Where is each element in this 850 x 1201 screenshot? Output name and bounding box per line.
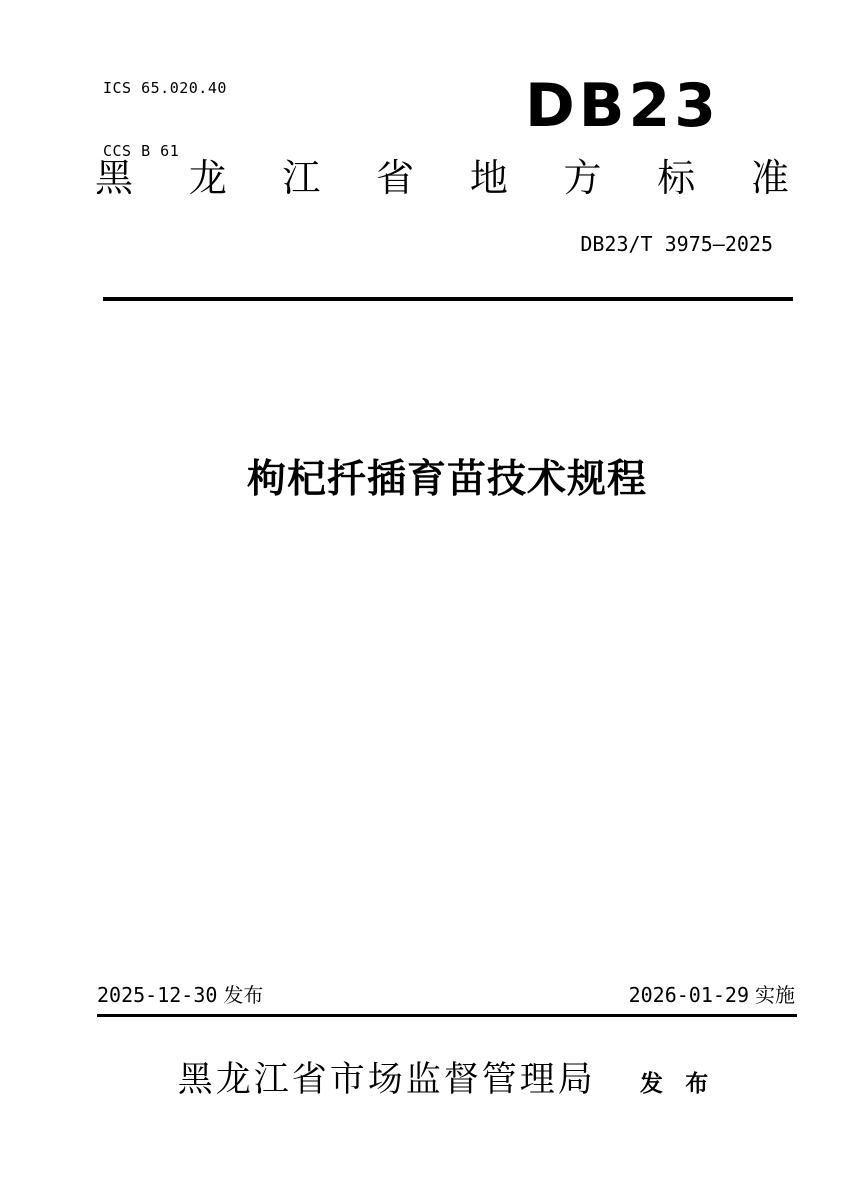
dates-row: 2025-12-30发布 2026-01-29实施 bbox=[97, 982, 795, 1009]
masthead-rule bbox=[103, 297, 793, 301]
implement-date: 2026-01-29 bbox=[629, 983, 749, 1007]
document-title: 枸杞扦插育苗技术规程 bbox=[97, 456, 797, 504]
standard-type-heading: 黑龙江省地方标准 bbox=[95, 156, 789, 202]
issue-date-label: 发布 bbox=[223, 985, 263, 1007]
db23-logo: DB23 bbox=[525, 76, 720, 136]
issue-date-cell: 2025-12-30发布 bbox=[97, 982, 263, 1009]
implement-date-cell: 2026-01-29实施 bbox=[629, 982, 795, 1009]
publish-label: 发 布 bbox=[640, 1068, 716, 1098]
publisher-row: 黑龙江省市场监督管理局 发 布 bbox=[97, 1058, 797, 1102]
implement-date-label: 实施 bbox=[755, 985, 795, 1007]
footer-rule bbox=[97, 1014, 797, 1017]
issue-date: 2025-12-30 bbox=[97, 983, 217, 1007]
issuer-name: 黑龙江省市场监督管理局 bbox=[178, 1058, 596, 1102]
standard-cover-page: ICS 65.020.40 CCS B 61 DB23 黑龙江省地方标准 DB2… bbox=[0, 0, 850, 1201]
standard-number: DB23/T 3975—2025 bbox=[580, 231, 773, 257]
ics-code: ICS 65.020.40 bbox=[103, 78, 227, 99]
